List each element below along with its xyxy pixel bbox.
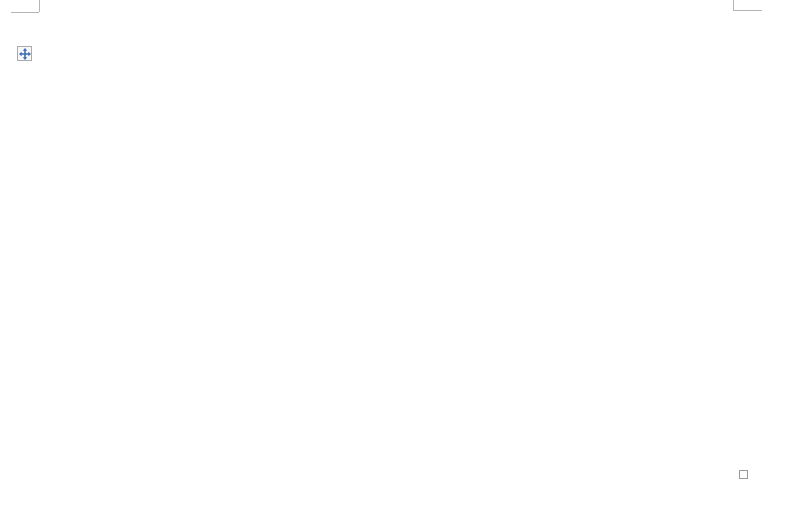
four-way-move-arrow-icon xyxy=(19,48,31,60)
margin-corner-mark-top-left xyxy=(11,12,39,13)
table-move-handle-icon[interactable] xyxy=(17,46,32,61)
word-document-page xyxy=(0,0,789,519)
margin-corner-mark-top-right xyxy=(733,0,734,10)
margin-corner-mark-top-right xyxy=(733,10,762,11)
table-resize-handle-icon[interactable] xyxy=(739,470,748,479)
margin-corner-mark-top-left xyxy=(39,0,40,12)
